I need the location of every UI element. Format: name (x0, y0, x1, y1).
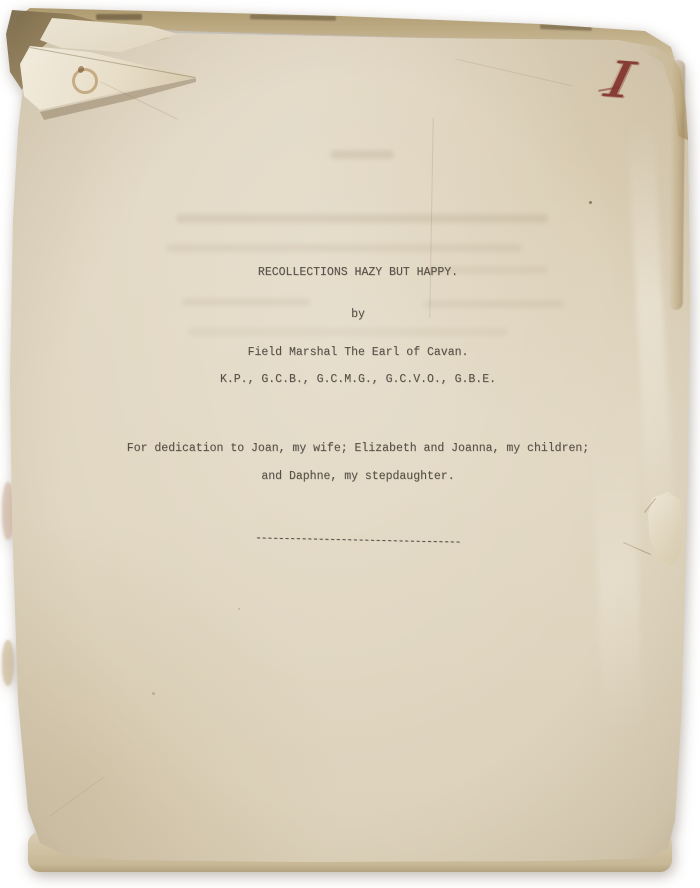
paper-stack: RECOLLECTIONS HAZY BUT HAPPY. by Field M… (0, 0, 700, 888)
typed-rule-dashes: ------------------------------------ (255, 532, 460, 550)
under-page-sliver (2, 640, 14, 686)
honours-line: K.P., G.C.B., G.C.M.G., G.C.V.O., G.B.E. (20, 373, 696, 387)
byline: by (20, 308, 696, 322)
dedication-line-2: and Daphne, my stepdaughter. (20, 470, 696, 484)
scanned-document-page: RECOLLECTIONS HAZY BUT HAPPY. by Field M… (0, 0, 700, 888)
typewritten-text-block: RECOLLECTIONS HAZY BUT HAPPY. by Field M… (20, 0, 696, 888)
author-line: Field Marshal The Earl of Cavan. (20, 346, 696, 360)
page-number-annotation: I (528, 44, 700, 116)
manuscript-title: RECOLLECTIONS HAZY BUT HAPPY. (20, 266, 696, 280)
typed-rule: ------------------------------------ (20, 534, 696, 548)
dedication-line-1: For dedication to Joan, my wife; Elizabe… (20, 442, 696, 456)
